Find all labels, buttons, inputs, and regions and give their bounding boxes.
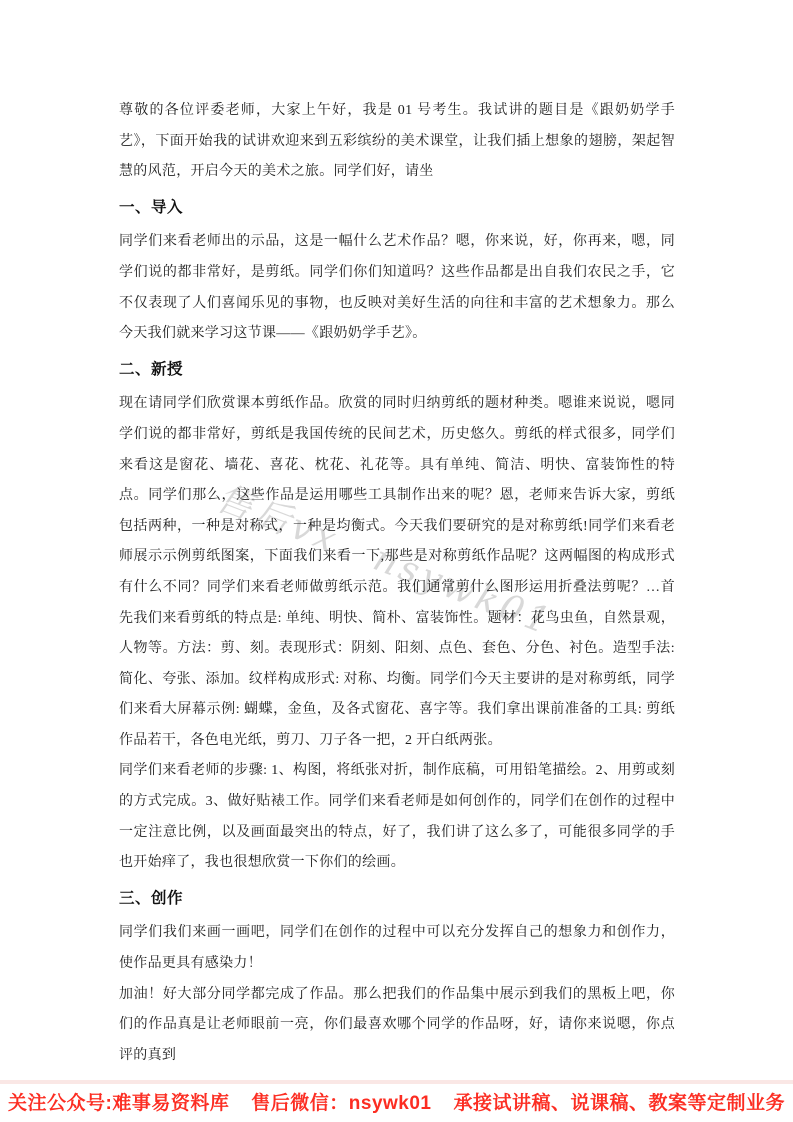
paragraph-section-1-body: 同学们来看老师出的示品，这是一幅什么艺术作品？嗯，你来说，好，你再来，嗯，同学们… [119, 227, 675, 349]
paragraph-section-3-body: 同学们我们来画一画吧，同学们在创作的过程中可以充分发挥自己的想象力和创作力，使作… [119, 918, 675, 979]
paragraph-section-2-steps: 同学们来看老师的步骤: 1、构图，将纸张对折，制作底稿，可用铅笔描绘。2、用剪或… [119, 756, 675, 878]
paragraph-section-2-body: 现在请同学们欣赏课本剪纸作品。欣赏的同时归纳剪纸的题材种类。嗯谁来说说，嗯同学们… [119, 389, 675, 756]
document-page: 售后vx．nsywk01 尊敬的各位评委老师，大家上午好，我是 01 号考生。我… [0, 0, 793, 1122]
paragraph-section-3-encourage: 加油！好大部分同学都完成了作品。那么把我们的作品集中展示到我们的黑板上吧，你们的… [119, 980, 675, 1072]
document-content: 尊敬的各位评委老师，大家上午好，我是 01 号考生。我试讲的题目是《跟奶奶学手艺… [119, 96, 675, 1071]
footer-pink-band [0, 1080, 793, 1084]
footer-services: 承接试讲稿、说课稿、教案等定制业务 [453, 1088, 785, 1115]
promo-footer: 关注公众号:难事易资料库 售后微信：nsywk01 承接试讲稿、说课稿、教案等定… [8, 1088, 785, 1115]
heading-section-2-new-lesson: 二、新授 [119, 355, 675, 386]
footer-public-account: 关注公众号:难事易资料库 [8, 1088, 229, 1115]
heading-section-1-import: 一、导入 [119, 193, 675, 224]
heading-section-3-creation: 三、创作 [119, 884, 675, 915]
paragraph-opening-greeting: 尊敬的各位评委老师，大家上午好，我是 01 号考生。我试讲的题目是《跟奶奶学手艺… [119, 96, 675, 188]
footer-wechat-contact: 售后微信：nsywk01 [251, 1088, 431, 1115]
